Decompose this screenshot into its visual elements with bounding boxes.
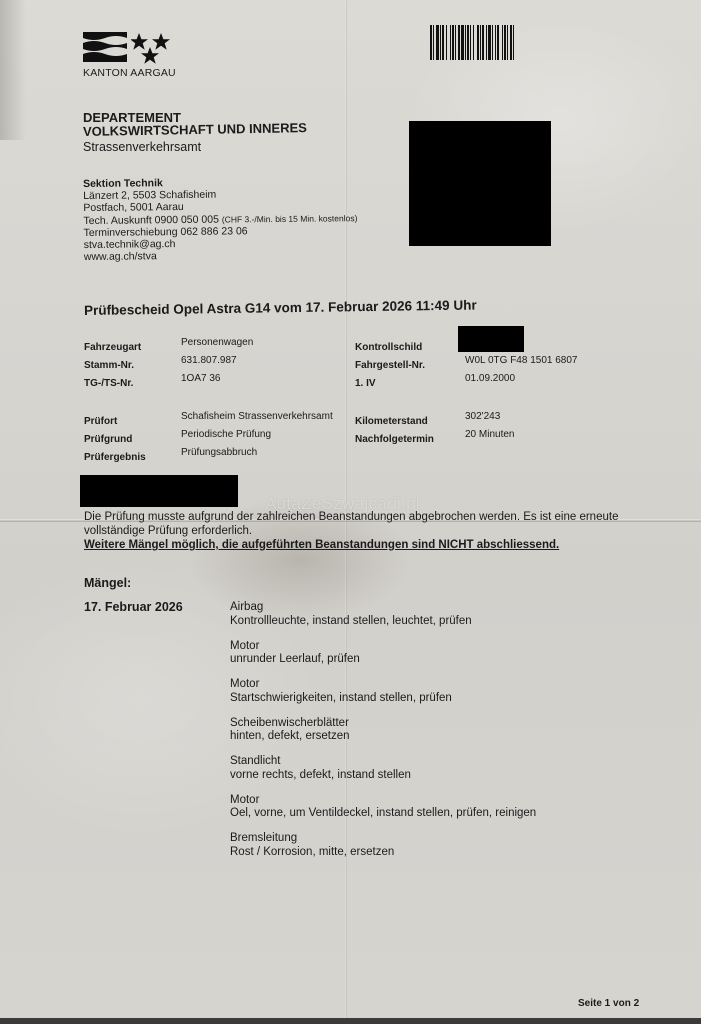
detail-row: Kilometerstand 302'243	[355, 411, 615, 429]
barcode-bar	[514, 25, 517, 60]
defect-detail: Rost / Korrosion, mitte, ersetzen	[230, 846, 590, 860]
defect-item: AirbagKontrollleuchte, instand stellen, …	[230, 601, 590, 628]
defect-component: Standlicht	[230, 755, 590, 769]
defect-detail: unrunder Leerlauf, prüfen	[230, 653, 590, 667]
detail-row: Prüfgrund Periodische Prüfung	[84, 429, 344, 447]
detail-label: Prüfgrund	[84, 434, 132, 445]
defect-detail: Kontrollleuchte, instand stellen, leucht…	[230, 615, 590, 629]
detail-label: Prüfort	[84, 416, 117, 427]
detail-value: 302'243	[465, 411, 500, 422]
defect-component: Airbag	[230, 601, 590, 615]
tech-info-note: (CHF 3.-/Min. bis 15 Min. kostenlos)	[222, 213, 358, 224]
redacted-plate	[458, 326, 524, 352]
detail-label: Fahrgestell-Nr.	[355, 360, 425, 371]
detail-value: 01.09.2000	[465, 373, 515, 384]
defect-item: BremsleitungRost / Korrosion, mitte, ers…	[230, 832, 590, 859]
detail-value: W0L 0TG F48 1501 6807	[465, 355, 577, 366]
section-contact: Sektion Technik Länzert 2, 5503 Schafish…	[83, 175, 358, 263]
defect-detail: hinten, defekt, ersetzen	[230, 730, 590, 744]
inspection-notice: Die Prüfung musste aufgrund der zahlreic…	[84, 510, 644, 552]
detail-value: 631.807.987	[181, 355, 237, 366]
detail-row: Fahrgestell-Nr. W0L 0TG F48 1501 6807	[355, 355, 655, 373]
detail-label: Prüfergebnis	[84, 452, 146, 463]
office-name: Strassenverkehrsamt	[83, 140, 201, 154]
detail-label: Kontrollschild	[355, 342, 422, 353]
notice-text: Die Prüfung musste aufgrund der zahlreic…	[84, 510, 644, 538]
detail-label: Kilometerstand	[355, 416, 428, 427]
stars-icon	[131, 32, 173, 66]
detail-label: Fahrzeugart	[84, 342, 141, 353]
defect-detail: vorne rechts, defekt, instand stellen	[230, 769, 590, 783]
waves-icon	[83, 32, 127, 64]
detail-value: Periodische Prüfung	[181, 429, 271, 440]
defect-item: Standlichtvorne rechts, defekt, instand …	[230, 755, 590, 782]
detail-label: Nachfolgetermin	[355, 434, 434, 445]
defect-component: Motor	[230, 678, 590, 692]
paper-shadow	[0, 0, 26, 140]
detail-row: Prüfort Schafisheim Strassenverkehrsamt	[84, 411, 344, 429]
detail-label: 1. IV	[355, 378, 376, 389]
defect-component: Motor	[230, 794, 590, 808]
detail-label: Stamm-Nr.	[84, 360, 134, 371]
detail-value: 20 Minuten	[465, 429, 514, 440]
defect-component: Scheibenwischerblätter	[230, 717, 590, 731]
defects-heading: Mängel:	[84, 576, 131, 590]
detail-row: Nachfolgetermin 20 Minuten	[355, 429, 615, 447]
redacted-address	[409, 121, 551, 246]
detail-value: Personenwagen	[181, 337, 253, 348]
defect-detail: Startschwierigkeiten, instand stellen, p…	[230, 692, 590, 706]
detail-row: 1. IV 01.09.2000	[355, 373, 615, 391]
detail-row: Fahrzeugart Personenwagen	[84, 337, 344, 355]
detail-label: TG-/TS-Nr.	[84, 378, 133, 389]
defect-item: MotorStartschwierigkeiten, instand stell…	[230, 678, 590, 705]
defect-item: Motorunrunder Leerlauf, prüfen	[230, 640, 590, 667]
barcode	[430, 25, 582, 60]
detail-value: Prüfungsabbruch	[181, 447, 257, 458]
page-bottom-edge	[0, 1018, 701, 1024]
redacted-block	[80, 475, 238, 507]
detail-row: Kontrollschild	[355, 337, 615, 355]
detail-value: 1OA7 36	[181, 373, 220, 384]
defects-list: AirbagKontrollleuchte, instand stellen, …	[230, 601, 590, 871]
detail-value: Schafisheim Strassenverkehrsamt	[181, 411, 333, 422]
page-number: Seite 1 von 2	[578, 998, 639, 1009]
defect-item: Scheibenwischerblätterhinten, defekt, er…	[230, 717, 590, 744]
detail-row: TG-/TS-Nr. 1OA7 36	[84, 373, 344, 391]
defect-detail: Oel, vorne, um Ventildeckel, instand ste…	[230, 807, 590, 821]
defect-component: Motor	[230, 640, 590, 654]
detail-row: Prüfergebnis Prüfungsabbruch	[84, 447, 344, 465]
notice-warning: Weitere Mängel möglich, die aufgeführten…	[84, 538, 644, 552]
defects-date: 17. Februar 2026	[84, 600, 183, 614]
detail-row: Stamm-Nr. 631.807.987	[84, 355, 344, 373]
logo-text: KANTON AARGAU	[83, 67, 176, 79]
tech-info-number: Tech. Auskunft 0900 050 005	[83, 213, 219, 226]
defect-item: MotorOel, vorne, um Ventildeckel, instan…	[230, 794, 590, 821]
defect-component: Bremsleitung	[230, 832, 590, 846]
